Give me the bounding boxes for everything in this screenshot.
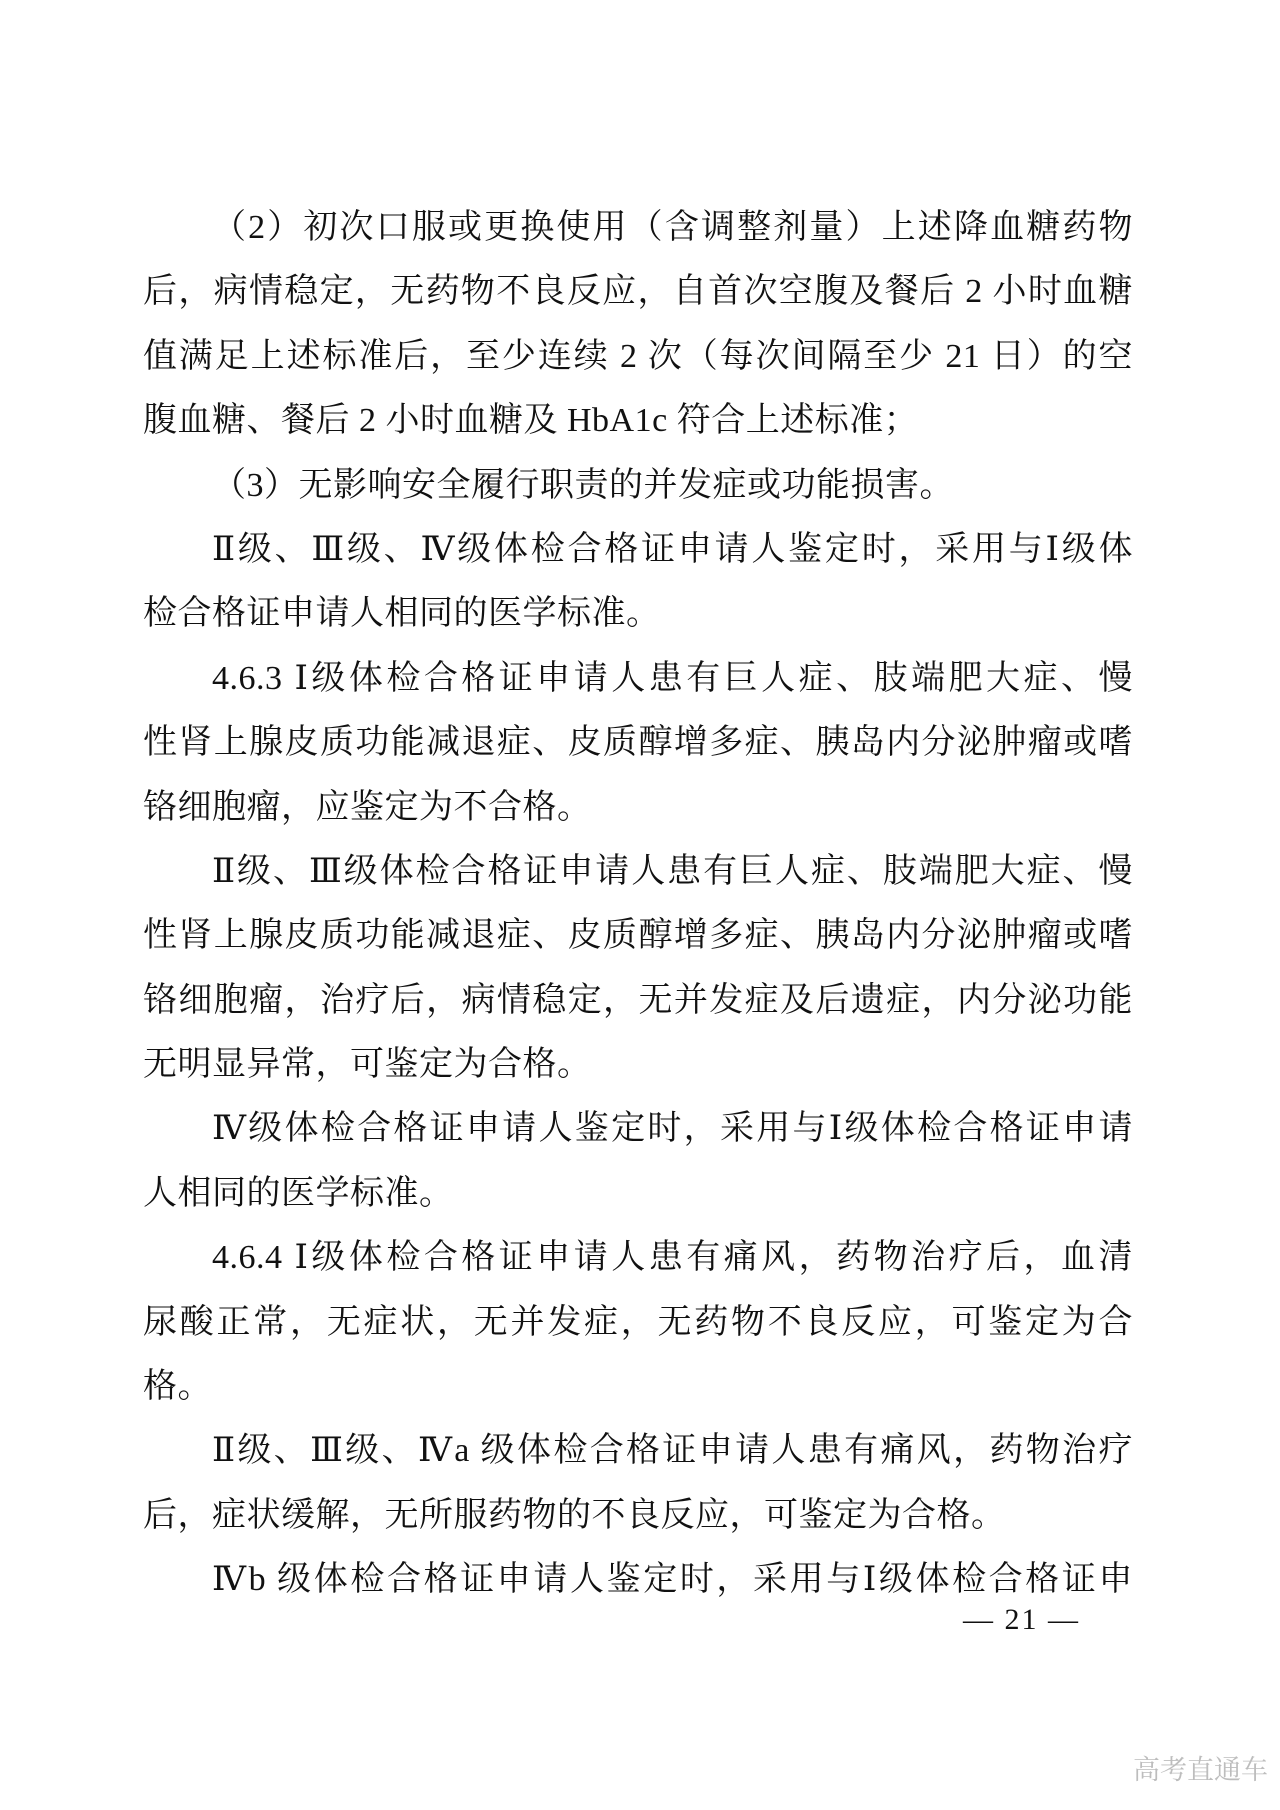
text-line: Ⅱ级、Ⅲ级、Ⅳ级体检合格证申请人鉴定时，采用与Ⅰ级体 [143, 518, 1133, 582]
text-line: 值满足上述标准后，至少连续 2 次（每次间隔至少 21 日）的空 [143, 325, 1133, 389]
page-number: — 21 — [963, 1603, 1080, 1637]
text-line: 人相同的医学标准。 [143, 1162, 1133, 1226]
text-line: 格。 [143, 1355, 1133, 1419]
text-line: 腹血糖、餐后 2 小时血糖及 HbA1c 符合上述标准； [143, 389, 1133, 453]
text-line: Ⅳ级体检合格证申请人鉴定时，采用与Ⅰ级体检合格证申请 [143, 1097, 1133, 1161]
text-line: 后，症状缓解，无所服药物的不良反应，可鉴定为合格。 [143, 1484, 1133, 1548]
text-lines: （2）初次口服或更换使用（含调整剂量）上述降血糖药物后，病情稳定，无药物不良反应… [143, 196, 1133, 1613]
text-line: 后，病情稳定，无药物不良反应，自首次空腹及餐后 2 小时血糖 [143, 260, 1133, 324]
text-line: Ⅱ级、Ⅲ级、Ⅳa 级体检合格证申请人患有痛风，药物治疗 [143, 1419, 1133, 1483]
text-line: 铬细胞瘤，应鉴定为不合格。 [143, 776, 1133, 840]
text-line: 检合格证申请人相同的医学标准。 [143, 582, 1133, 646]
watermark-text: 高考直通车 [1133, 1748, 1268, 1787]
text-line: 无明显异常，可鉴定为合格。 [143, 1033, 1133, 1097]
text-line: （2）初次口服或更换使用（含调整剂量）上述降血糖药物 [143, 196, 1133, 260]
text-line: 性肾上腺皮质功能减退症、皮质醇增多症、胰岛内分泌肿瘤或嗜 [143, 711, 1133, 775]
text-line: 4.6.4 Ⅰ级体检合格证申请人患有痛风，药物治疗后，血清 [143, 1226, 1133, 1290]
text-line: 4.6.3 Ⅰ级体检合格证申请人患有巨人症、肢端肥大症、慢 [143, 647, 1133, 711]
text-line: 性肾上腺皮质功能减退症、皮质醇增多症、胰岛内分泌肿瘤或嗜 [143, 904, 1133, 968]
document-page: （2）初次口服或更换使用（含调整剂量）上述降血糖药物后，病情稳定，无药物不良反应… [0, 0, 1280, 1810]
text-line: （3）无影响安全履行职责的并发症或功能损害。 [143, 454, 1133, 518]
text-line: 尿酸正常，无症状，无并发症，无药物不良反应，可鉴定为合 [143, 1291, 1133, 1355]
text-line: Ⅱ级、Ⅲ级体检合格证申请人患有巨人症、肢端肥大症、慢 [143, 840, 1133, 904]
text-line: 铬细胞瘤，治疗后，病情稳定，无并发症及后遗症，内分泌功能 [143, 969, 1133, 1033]
